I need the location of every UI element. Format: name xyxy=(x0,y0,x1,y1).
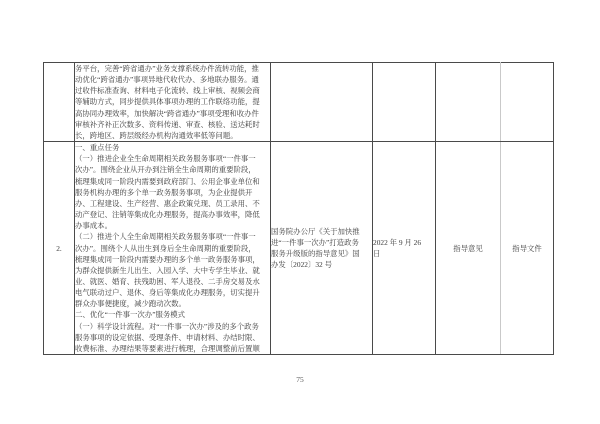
policy-document-cell: 国务院办公厅《关于加快推 进“一件事一次办”打造政务 服务升级版的指导意见》国 … xyxy=(271,142,373,355)
document-category-cell xyxy=(436,63,501,142)
page-number: 75 xyxy=(0,375,600,384)
document-type-cell: 指导文件 xyxy=(501,142,554,355)
document-page: 务平台，完善“跨省通办”业务支撑系统办件流转功能，推 动优化“跨省通办”事项异地… xyxy=(0,0,600,424)
row-number-cell: 2. xyxy=(44,142,75,355)
document-type-cell xyxy=(501,63,554,142)
task-content-cell: 务平台，完善“跨省通办”业务支撑系统办件流转功能，推 动优化“跨省通办”事项异地… xyxy=(75,63,271,142)
table-row: 2. 一、重点任务 （一）推进企业全生命周期相关政务服务事项“一件事一 次办”。… xyxy=(44,142,554,355)
issue-date-cell: 2022 年 9 月 26 日 xyxy=(373,142,436,355)
row-number-cell xyxy=(44,63,75,142)
table-row: 务平台，完善“跨省通办”业务支撑系统办件流转功能，推 动优化“跨省通办”事项异地… xyxy=(44,63,554,142)
issue-date-cell xyxy=(373,63,436,142)
policy-document-table: 务平台，完善“跨省通办”业务支撑系统办件流转功能，推 动优化“跨省通办”事项异地… xyxy=(43,62,554,355)
policy-document-cell xyxy=(271,63,373,142)
document-category-cell: 指导意见 xyxy=(436,142,501,355)
task-content-cell: 一、重点任务 （一）推进企业全生命周期相关政务服务事项“一件事一 次办”。围绕企… xyxy=(75,142,271,355)
